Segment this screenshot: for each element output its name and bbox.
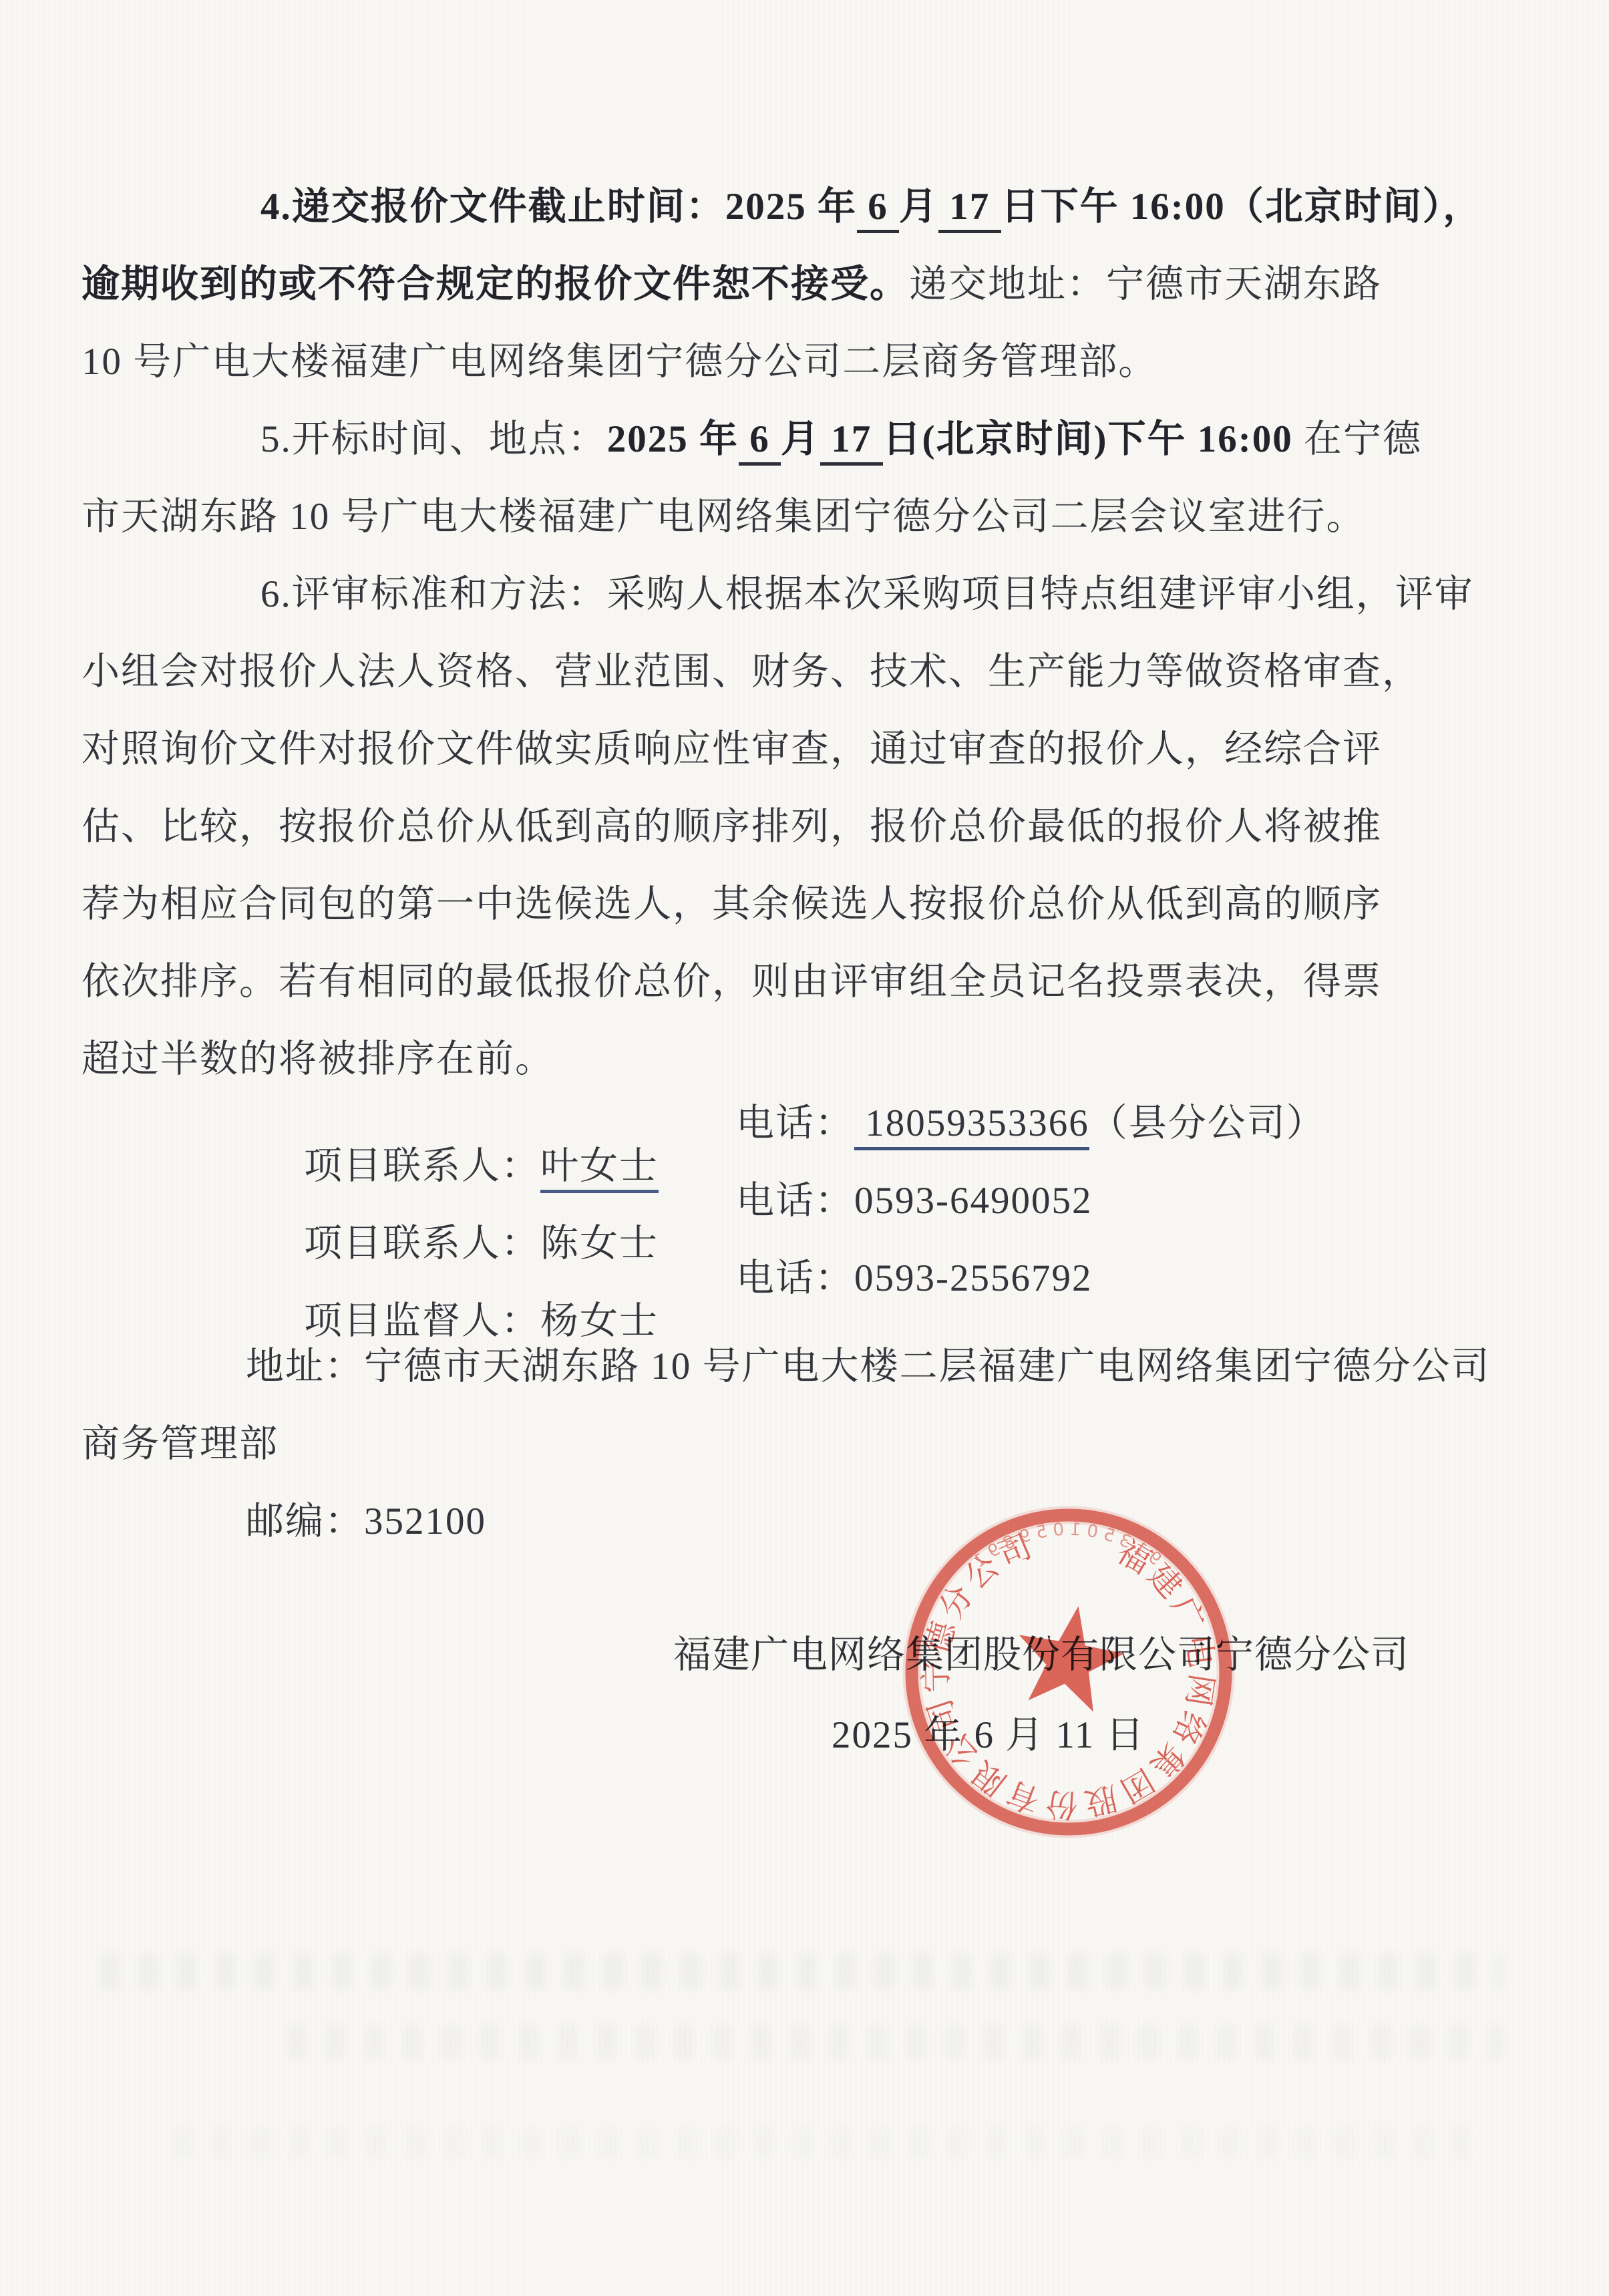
address-line-2: 商务管理部	[81, 1423, 279, 1466]
text-segment: 5.开标时间、地点：	[260, 418, 607, 460]
phone-label: 电话：	[736, 1180, 854, 1222]
phone-number: 18059353366	[854, 1102, 1089, 1150]
text-segment: 小组会对报价人法人资格、营业范围、财务、技术、生产能力等做资格审查，	[81, 651, 1421, 693]
paragraph-line: 超过半数的将被排序在前。	[81, 1038, 1535, 1081]
text-segment: 2025 年	[607, 418, 739, 460]
text-segment: 4.递交报价文件截止时间：2025 年	[260, 186, 857, 228]
paragraph-line: 估、比较，按报价总价从低到高的顺序排列，报价总价最低的报价人将被推	[81, 806, 1535, 848]
phone-suffix: （县分公司）	[1089, 1102, 1326, 1144]
contact-phone: 电话： 18059353366（县分公司）	[736, 1102, 1326, 1145]
contact-name: 杨女士	[540, 1300, 659, 1342]
paragraph-line: 小组会对报价人法人资格、营业范围、财务、技术、生产能力等做资格审查，	[81, 651, 1535, 693]
contact-row: 项目联系人：叶女士 电话： 18059353366（县分公司）	[260, 1102, 1536, 1149]
contact-phone: 电话：0593-6490052	[736, 1180, 1092, 1222]
text-segment: 6	[739, 418, 781, 466]
text-segment: 递交地址：宁德市天湖东路	[909, 263, 1382, 305]
bleed-through-artifact	[287, 2025, 1503, 2059]
text-segment: 10 号广电大楼福建广电网络集团宁德分公司二层商务管理部。	[81, 341, 1157, 383]
paragraph-line: 10 号广电大楼福建广电网络集团宁德分公司二层商务管理部。	[81, 341, 1535, 383]
text-segment: 估、比较，按报价总价从低到高的顺序排列，报价总价最低的报价人将被推	[81, 806, 1382, 848]
contact-row: 项目监督人：杨女士 电话：0593-2556792	[260, 1257, 1536, 1304]
text-segment: 日下午 16:00（北京时间），	[1001, 186, 1483, 228]
phone-label: 电话：	[736, 1257, 854, 1299]
text-segment: 6	[857, 186, 899, 233]
address-line-1: 地址：宁德市天湖东路 10 号广电大楼二层福建广电网络集团宁德分公司	[246, 1345, 1491, 1388]
text-segment: 6.评审标准和方法：采购人根据本次采购项目特点组建评审小组，评审	[260, 573, 1474, 615]
bleed-through-artifact	[100, 1954, 1503, 1989]
text-segment: 17	[820, 418, 883, 466]
paragraph-line: 4.递交报价文件截止时间：2025 年 6 月 17 日下午 16:00（北京时…	[81, 186, 1609, 228]
text-segment: 17	[938, 186, 1001, 233]
scanned-document-page: 4.递交报价文件截止时间：2025 年 6 月 17 日下午 16:00（北京时…	[0, 0, 1609, 2296]
paragraph-line: 6.评审标准和方法：采购人根据本次采购项目特点组建评审小组，评审	[81, 573, 1609, 616]
text-segment: 月	[781, 418, 820, 460]
text-segment: 超过半数的将被排序在前。	[81, 1038, 554, 1080]
paragraph-line: 5.开标时间、地点：2025 年 6 月 17 日(北京时间)下午 16:00 …	[81, 418, 1609, 461]
official-seal-stamp: 福建广电网络集团股份有限公司宁德分公司 9135010598910201	[898, 1502, 1239, 1842]
bleed-through-artifact	[174, 2128, 1476, 2158]
text-segment: 依次排序。若有相同的最低报价总价，则由评审组全员记名投票表决，得票	[81, 961, 1382, 1003]
paragraph-line: 荐为相应合同包的第一中选候选人，其余候选人按报价总价从低到高的顺序	[81, 883, 1535, 926]
text-segment: 逾期收到的或不符合规定的报价文件恕不接受。	[81, 263, 909, 305]
postal-code: 邮编：352100	[246, 1500, 486, 1543]
phone-number: 0593-2556792	[854, 1257, 1092, 1299]
contact-phone: 电话：0593-2556792	[736, 1257, 1092, 1300]
phone-number: 0593-6490052	[854, 1180, 1092, 1222]
paragraph-line: 逾期收到的或不符合规定的报价文件恕不接受。递交地址：宁德市天湖东路	[81, 263, 1535, 306]
stamp-star-icon	[1009, 1597, 1131, 1715]
text-segment: 月	[899, 186, 938, 228]
text-segment: 日(北京时间)下午 16:00	[883, 418, 1293, 460]
text-segment: 在宁德	[1293, 418, 1422, 460]
paragraph-line: 市天湖东路 10 号广电大楼福建广电网络集团宁德分公司二层会议室进行。	[81, 496, 1535, 538]
text-segment: 荐为相应合同包的第一中选候选人，其余候选人按报价总价从低到高的顺序	[81, 883, 1382, 925]
paragraph-line: 对照询价文件对报价文件做实质响应性审查，通过审查的报价人，经综合评	[81, 728, 1535, 771]
contact-row: 项目联系人：陈女士 电话：0593-6490052	[260, 1180, 1536, 1226]
text-segment: 市天湖东路 10 号广电大楼福建广电网络集团宁德分公司二层会议室进行。	[81, 496, 1366, 538]
contact-label: 项目监督人：	[304, 1300, 540, 1342]
paragraph-line: 依次排序。若有相同的最低报价总价，则由评审组全员记名投票表决，得票	[81, 961, 1535, 1003]
text-segment: 对照询价文件对报价文件做实质响应性审查，通过审查的报价人，经综合评	[81, 728, 1382, 770]
phone-label: 电话：	[736, 1102, 854, 1144]
